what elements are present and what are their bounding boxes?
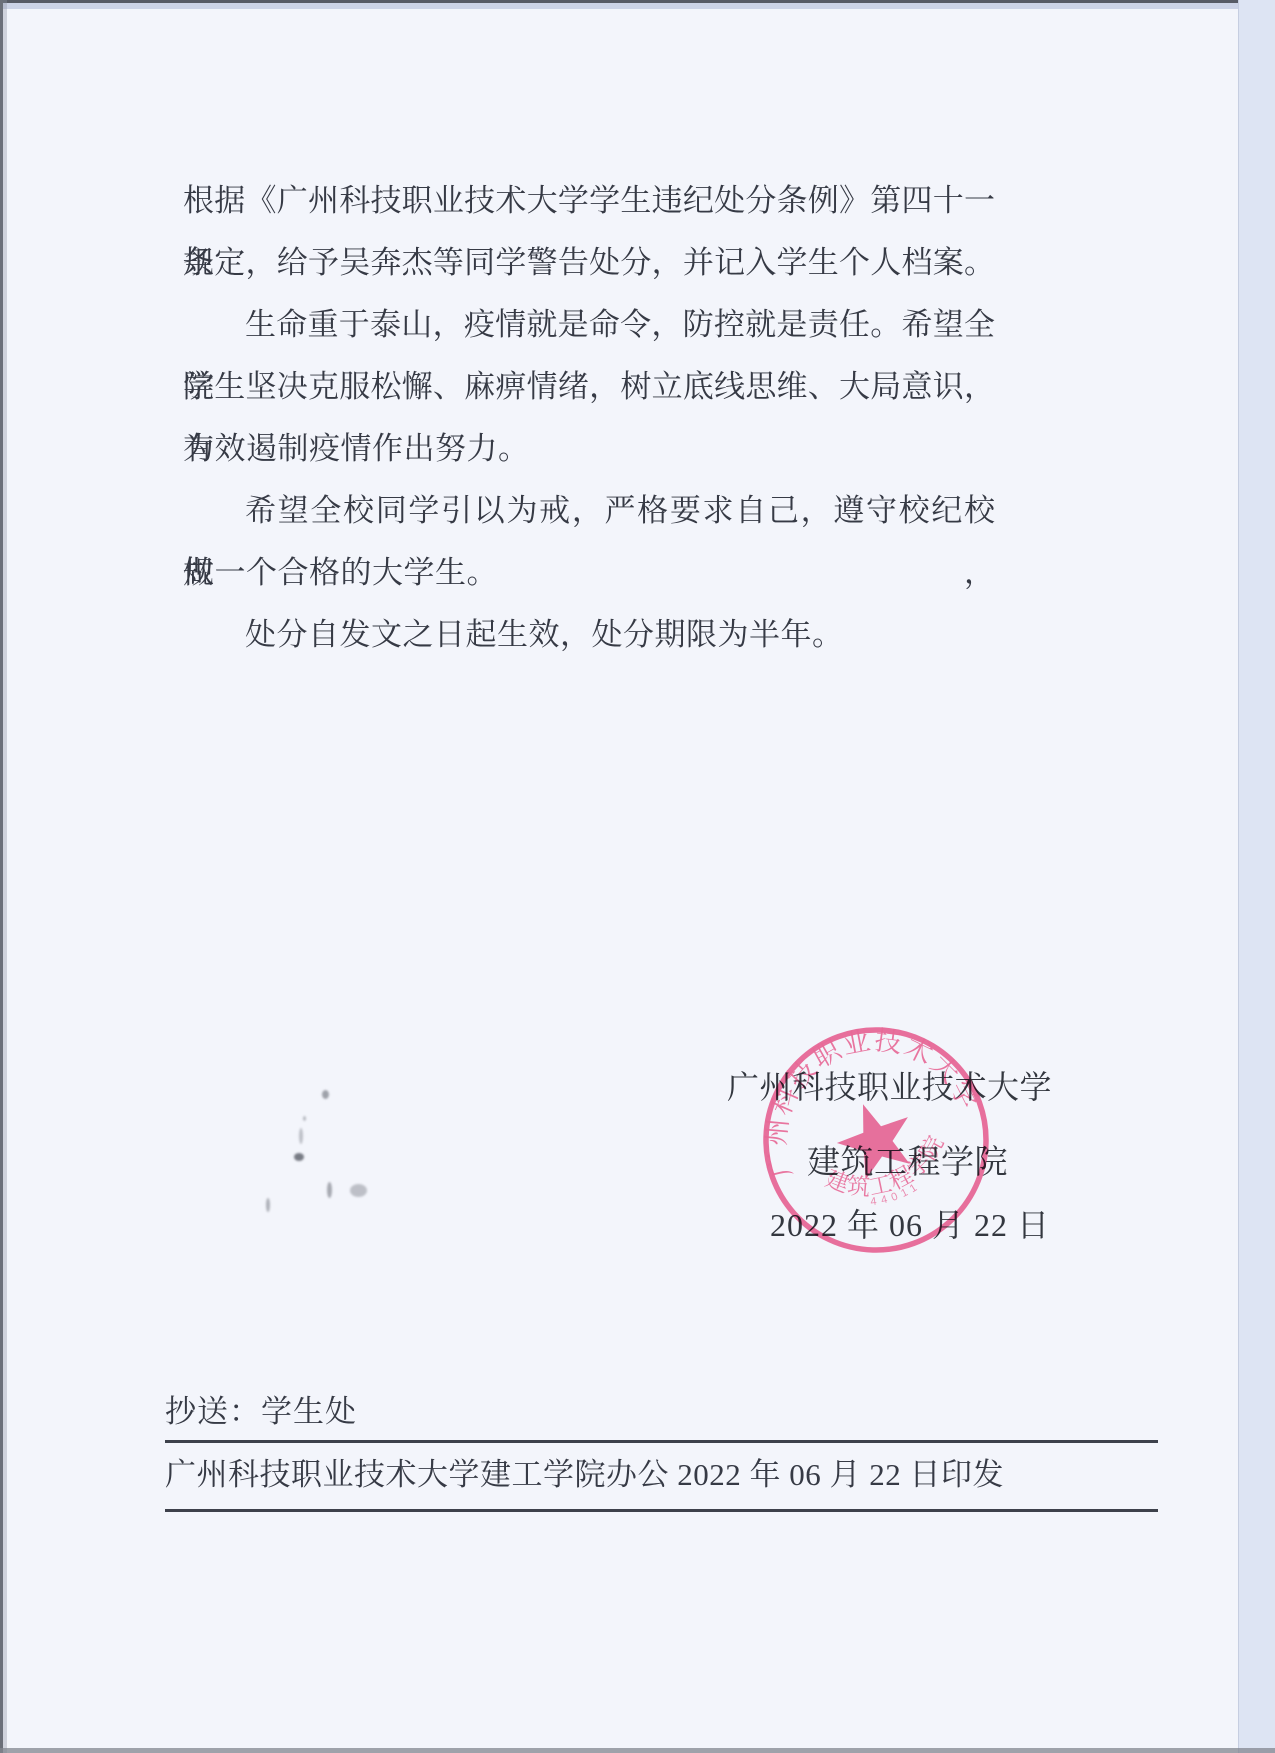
body-line: 有效遏制疫情作出努力。 [183,418,995,480]
scan-edge-right [1238,0,1275,1753]
ink-smudge [327,1182,332,1198]
body-line: 规定，给予吴奔杰等同学警告处分，并记入学生个人档案。 [183,232,995,294]
ink-smudge [294,1153,304,1161]
footer-separator-top [165,1440,1158,1443]
ink-smudge [350,1184,367,1197]
official-seal-stamp: 广州科技职业技术大学 建筑工程学院 44011 [746,1010,1006,1270]
ink-smudge [322,1090,329,1099]
body-line: 学生坚决克服松懈、麻痹情绪，树立底线思维、大局意识，为 [183,356,995,418]
ink-smudge [299,1128,303,1144]
scan-edge-left-fade [3,0,7,1753]
footer-separator-bottom [165,1509,1158,1512]
ink-smudge [303,1116,306,1121]
scan-edge-top-light [0,3,1275,9]
body-line: 根据《广州科技职业技术大学学生违纪处分条例》第四十一条 [183,170,995,232]
scan-edge-bottom [0,1748,1275,1753]
body-line: 生命重于泰山，疫情就是命令，防控就是责任。希望全院 [183,294,995,356]
cc-line: 抄送：学生处 [165,1386,357,1431]
imprint-line: 广州科技职业技术大学建工学院办公 2022 年 06 月 22 日印发 [165,1449,1004,1494]
ink-smudge [266,1198,270,1212]
scanned-document-page: 根据《广州科技职业技术大学学生违纪处分条例》第四十一条 规定，给予吴奔杰等同学警… [0,0,1275,1753]
document-body: 根据《广州科技职业技术大学学生违纪处分条例》第四十一条 规定，给予吴奔杰等同学警… [183,170,995,666]
body-line: 处分自发文之日起生效，处分期限为半年。 [183,604,995,666]
body-line: 希望全校同学引以为戒，严格要求自己，遵守校纪校规， [183,480,995,542]
